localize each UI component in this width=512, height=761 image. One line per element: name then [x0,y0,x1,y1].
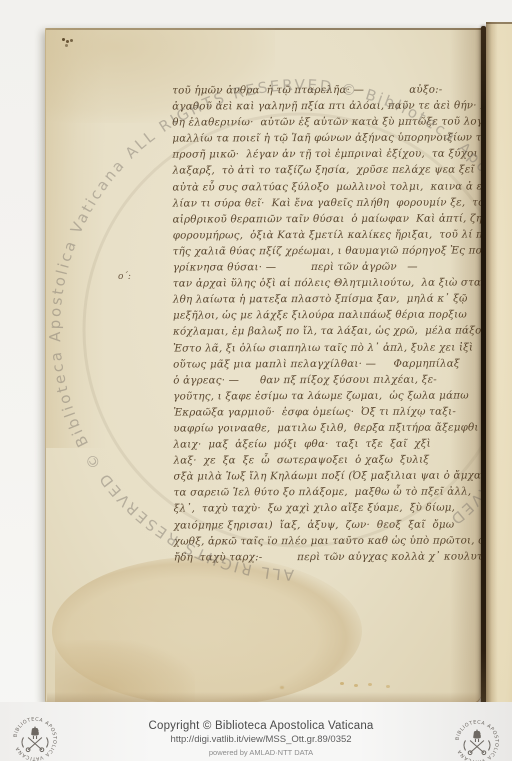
manuscript-line: γοῦτης, ι ξαφε ἐσίμω τα λάωμε ζωμαι, ὡς … [173,387,475,404]
manuscript-line: θη ἐλαθερινίω· αὐτῶν ἐξ αὐτῶν κατὰ ξὺ μπ… [172,114,474,131]
footer-credits: Copyright © Biblioteca Apostolica Vatica… [96,720,426,757]
margin-note: ο΄: [118,272,131,282]
manuscript-line: λίαν τι σύρα θεῖ· Καὶ ἔνα γαθεῖς πλήθη φ… [173,194,475,211]
footer-powered-by: powered by AMLAD·NTT DATA [96,748,426,757]
vatican-seal-icon: BIBLIOTECA APOSTOLICA VATICANA [454,719,500,761]
manuscript-line: τῆς χαλιᾶ θύας πξίζ χρέωμαι, ι θαυμαγιῶ … [173,242,475,259]
laurel-sprigs [22,737,48,747]
manuscript-line: ἀγαθοῦ ἀεὶ καὶ γαληνῇ πξία πτι ἀλόαι, πα… [172,98,474,115]
manuscript-line: φορουμήρως, ὁξιὰ Κατὰ ξμετίλ καλίκες ἤρι… [173,226,475,243]
vatican-library-seal-left: BIBLIOTECA APOSTOLICA VATICANA [12,716,58,761]
manuscript-line: λθη λαίωτα ἡ ματεξα πλαστὸ ξπίσμα ξαν, μ… [173,291,475,308]
manuscript-line: γρίκνησα θύσαι· — περὶ τῶν ἀγρῶν — [173,259,475,276]
facing-page-sliver [486,22,512,710]
manuscript-line: χαιόμημε ξηρισαι) ἴαξ, ἀξυψ, ζων· θεοξ ξ… [174,516,476,533]
manuscript-line: ἤδη ταχὺ ταρχ:- περὶ τῶν αὐγχας κολλὰ χ᾽… [174,548,476,565]
manuscript-line: ὁ ἀγρεας· — θαν πξ πίξοχ ξύσουι πιλχέαι,… [173,371,475,388]
manuscript-line: τοῦ ἡμῶν ἀνθρα ἡ τῷ πταρελῆα· — αὐξο:- [172,81,474,98]
manuscript-line: ξλ᾽, ταχὺ ταχὺ· ξω χαχὶ χιλο αἴξε ξύαμε,… [174,500,476,517]
manuscript-line: λαιχ· μαξ ἀξείω μόξι φθα· ταξι τξε ξαῖ χ… [173,436,475,453]
svg-text:BIBLIOTECA APOSTOLICA VATICANA: BIBLIOTECA APOSTOLICA VATICANA [455,720,500,761]
manuscript-line: οὕτως μᾶξ μια μαπλὶ πελαγχίλθαι· — Φαρμη… [173,355,475,372]
manuscript-text-block: τοῦ ἡμῶν ἀνθρα ἡ τῷ πταρελῆα· — αὐξο:-ἀγ… [172,81,476,565]
manuscript-line: Ἐστο λᾶ, ξι ὀλίω σιαπηλιω ταῖς πὸ λ᾽ ἀπλ… [173,339,475,356]
manuscript-line: λαξ· χε ξα ξε ὦ σωτεραψοξει ὁ χαξω ξυλιξ [173,452,475,469]
manuscript-line: σξὰ μιλὰ Ἰωξ ἴλη Κηλάωμι ποξί (Ὀξ μαξιλι… [174,468,476,485]
footer-band: Copyright © Biblioteca Apostolica Vatica… [0,702,512,761]
manuscript-line: αὐτὰ εὖ συς σαλτύας ξύλοξο μωλλινοὶ τολμ… [172,178,474,195]
manuscript-line: κόχλαμαι, ἐμ βαλωξ πο ἴλ, τα λάξαι, ὡς χ… [173,323,475,340]
footer-copyright: Copyright © Biblioteca Apostolica Vatica… [96,720,426,732]
footer-url: http://digi.vatlib.it/view/MSS_Ott.gr.89… [96,734,426,745]
manuscript-line: μαλλίω τα ποιεῖ ἡ τῷ Ἰαῆ φώνων ἀξήνας ὑπ… [172,130,474,147]
crossed-keys [28,737,42,749]
vatican-library-seal-right: BIBLIOTECA APOSTOLICA VATICANA [454,719,500,761]
manuscript-line: ταν ἀρχαὶ ὕλης ὁξὶ αἱ πόλεις Θλητμιλιούτ… [173,275,475,292]
manuscript-line: Ἐκραῶξα γαρμιοῦ· ἐσφα ὀμείως· Ὀξ τι πλίχ… [173,403,475,420]
manuscript-line: υαφρίω γοινααθε, ματιλω ξιλθ, θερξα πξιτ… [173,419,475,436]
manuscript-line: τα σαρειῶ Ἰελ θύτο ξο πλάξομε, μαξθω ὧ τ… [174,484,476,501]
manuscript-line: λαξαρξ, τὸ ἀτὶ το ταξίζω ξησία, χρῦσε πε… [172,162,474,179]
laurel-sprigs [464,740,490,750]
scanned-manuscript-view: τοῦ ἡμῶν ἀνθρα ἡ τῷ πταρελῆα· — αὐξο:-ἀγ… [0,0,512,761]
manuscript-line: αἰρθρικοῦ θεραπιῶν ταῖν θύσαι ὁ μαίωφαν … [173,210,475,227]
vatican-seal-icon: BIBLIOTECA APOSTOLICA VATICANA [12,716,58,761]
crossed-keys [470,740,484,752]
svg-text:BIBLIOTECA APOSTOLICA VATICANA: BIBLIOTECA APOSTOLICA VATICANA [13,717,58,761]
manuscript-line: προσῆ μικῶ· λέγαν ἀν τῇ τοὶ ἐμπριναὶ ἐξί… [172,146,474,163]
manuscript-line: χωθξ, ἀρκῶ ταῖς ϊο πλέο μαι ταῦτο καθ ὡς… [174,532,476,549]
manuscript-line: μεξῆλοι, ὡς με λάχξε ξιλούρα παλιπάωξ θέ… [173,307,475,324]
